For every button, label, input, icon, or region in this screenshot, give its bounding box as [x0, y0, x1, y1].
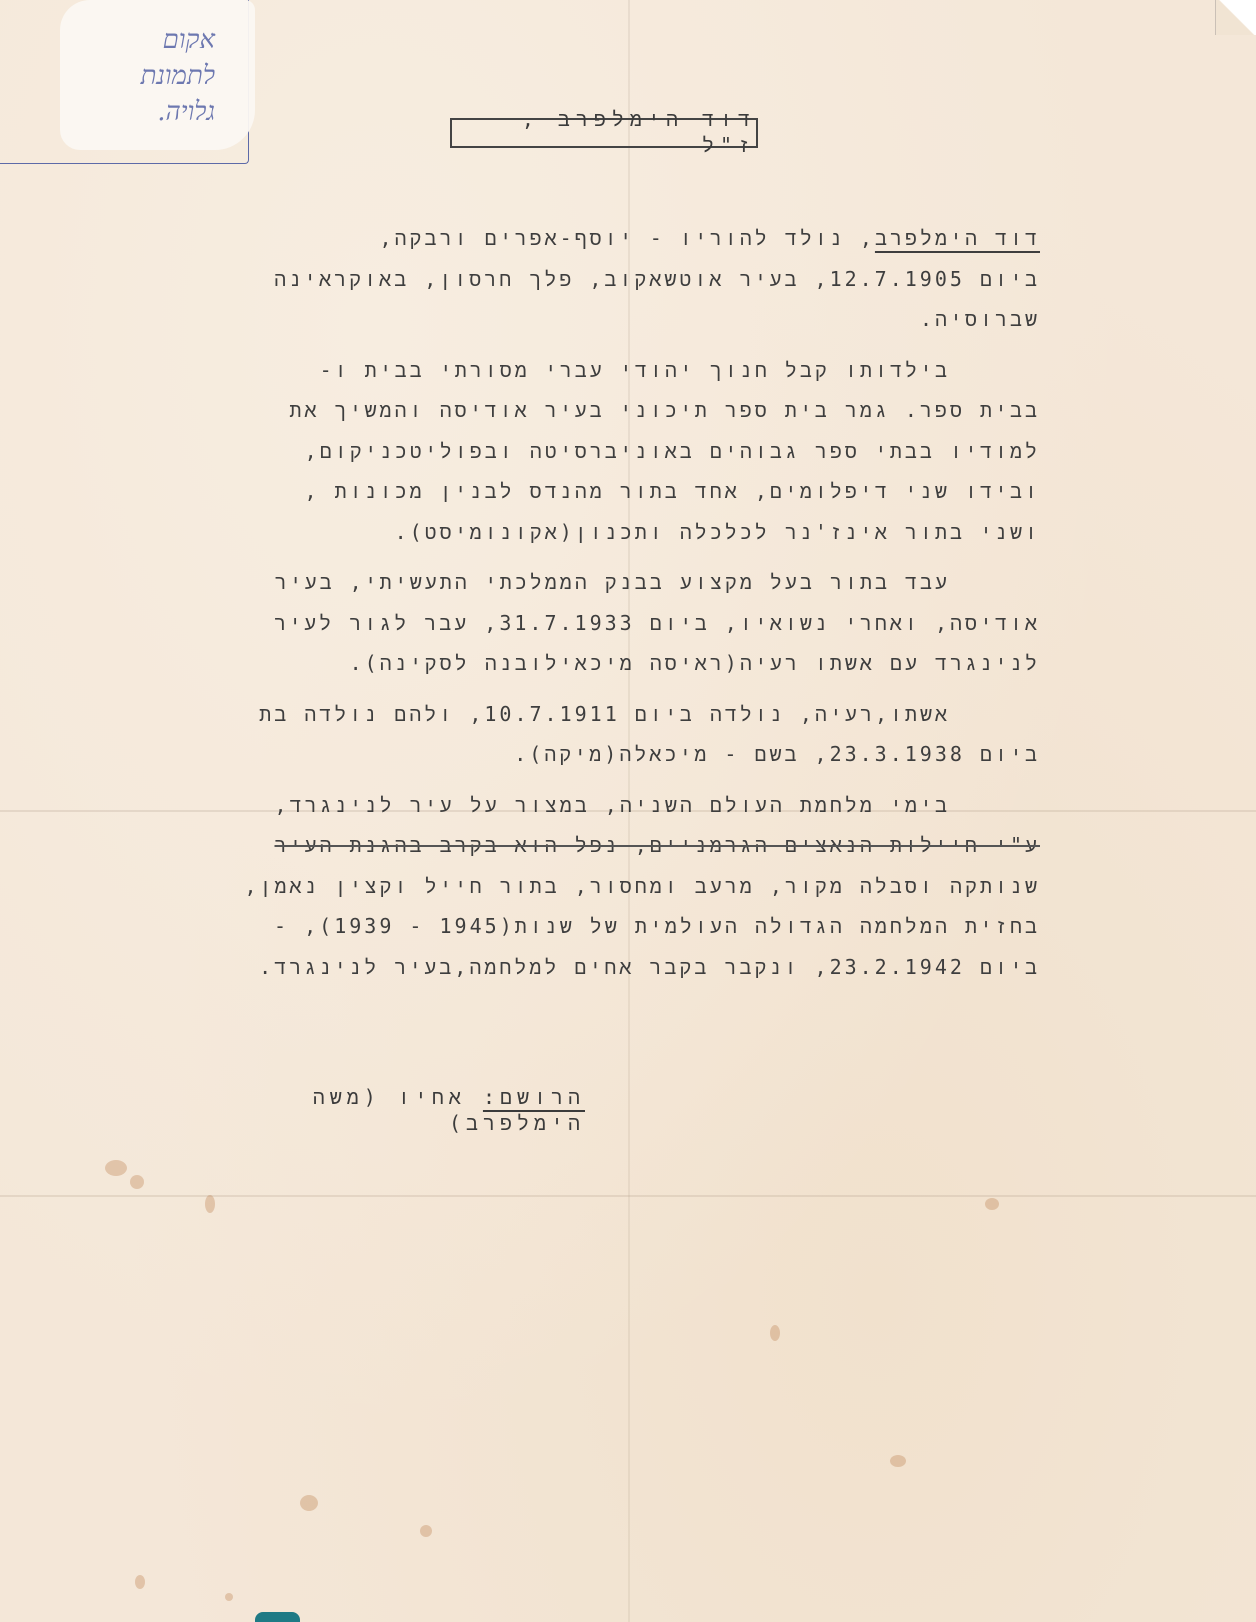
text-line: עבד בתור בעל מקצוע בבנק הממלכתי התעשיתי,…	[240, 562, 1040, 603]
line-text: בחזית המלחמה הגדולה העולמית של שנות(1945…	[274, 914, 1040, 938]
note-line: לתמונת	[85, 58, 215, 94]
signature-label: הרושם:	[483, 1085, 585, 1109]
stain	[205, 1195, 215, 1213]
line-text: למודיו בבתי ספר גבוהים באוניברסיטה ובפול…	[305, 439, 1040, 463]
text-line: שברוסיה.	[240, 299, 1040, 340]
text-line: בבית ספר. גמר בית ספר תיכוני בעיר אודיסה…	[240, 390, 1040, 431]
stain	[420, 1525, 432, 1537]
note-line: אקום	[85, 22, 215, 58]
line-text: בימי מלחמת העולם השניה, במצור על עיר לני…	[275, 793, 950, 817]
line-text: שנותקה וסבלה מקור, מרעב ומחסור, בתור חיי…	[244, 874, 1040, 898]
handwritten-note: אקום לתמונת גלויה.	[85, 22, 215, 130]
line-text: שברוסיה.	[920, 307, 1040, 331]
text-line: שנותקה וסבלה מקור, מרעב ומחסור, בתור חיי…	[240, 866, 1040, 907]
text-line: בילדותו קבל חנוך יהודי עברי מסורתי בבית …	[240, 350, 1040, 391]
line-text: , נולד להוריו - יוסף-אפרים ורבקה,	[380, 226, 875, 250]
line-text: ע"י חיילות הנאצים הגרמניים, נפל הוא בקרב…	[275, 833, 1041, 857]
line-text: ושני בתור אינז'נר לכלכלה ותכנון(אקונומיס…	[395, 520, 1040, 544]
text-line: בחזית המלחמה הגדולה העולמית של שנות(1945…	[240, 906, 1040, 947]
paragraph: דוד הימלפרב, נולד להוריו - יוסף-אפרים ור…	[240, 218, 1040, 340]
paragraph: בימי מלחמת העולם השניה, במצור על עיר לני…	[240, 785, 1040, 988]
line-text: בבית ספר. גמר בית ספר תיכוני בעיר אודיסה…	[290, 398, 1041, 422]
note-line: גלויה.	[85, 94, 215, 130]
line-text: אודיסה, ואחרי נשואיו, ביום 31.7.1933, עב…	[274, 611, 1040, 635]
title-text: דוד הימלפרב , ז"ל	[452, 107, 756, 159]
paragraph: בילדותו קבל חנוך יהודי עברי מסורתי בבית …	[240, 350, 1040, 553]
text-line: ביום 23.2.1942, ונקבר בקבר אחים למלחמה,ב…	[240, 947, 1040, 988]
text-line: בימי מלחמת העולם השניה, במצור על עיר לני…	[240, 785, 1040, 826]
line-text: ובידו שני דיפלומים, אחד בתור מהנדס לבנין…	[305, 479, 1041, 503]
stain	[135, 1575, 145, 1589]
line-text: ביום 23.2.1942, ונקבר בקבר אחים למלחמה,ב…	[259, 955, 1040, 979]
folded-corner	[1215, 0, 1256, 35]
document-title: דוד הימלפרב , ז"ל	[450, 118, 758, 148]
line-text: בילדותו קבל חנוך יהודי עברי מסורתי בבית …	[320, 358, 950, 382]
subject-name: דוד הימלפרב	[875, 226, 1040, 250]
stain	[300, 1495, 318, 1511]
line-text: עבד בתור בעל מקצוע בבנק הממלכתי התעשיתי,…	[275, 570, 950, 594]
stain	[130, 1175, 144, 1189]
text-line: אשתו,רעיה, נולדה ביום 10.7.1911, ולהם נו…	[240, 694, 1040, 735]
text-line: למודיו בבתי ספר גבוהים באוניברסיטה ובפול…	[240, 431, 1040, 472]
line-text: ביום 12.7.1905, בעיר אוטשאקוב, פלך חרסון…	[274, 267, 1040, 291]
line-text: אשתו,רעיה, נולדה ביום 10.7.1911, ולהם נו…	[259, 702, 950, 726]
text-line: דוד הימלפרב, נולד להוריו - יוסף-אפרים ור…	[240, 218, 1040, 259]
ink-mark	[255, 1612, 300, 1622]
stain	[225, 1593, 233, 1601]
document-body: דוד הימלפרב, נולד להוריו - יוסף-אפרים ור…	[240, 218, 1040, 997]
stain	[890, 1455, 906, 1467]
signature-line: הרושם: אחיו (משה הימלפרב)	[200, 1085, 585, 1137]
line-text: לנינגרד עם אשתו רעיה(ראיסה מיכאילובנה לס…	[350, 651, 1040, 675]
text-line: ביום 23.3.1938, בשם - מיכאלה(מיקה).	[240, 734, 1040, 775]
paragraph: עבד בתור בעל מקצוע בבנק הממלכתי התעשיתי,…	[240, 562, 1040, 684]
paragraph: אשתו,רעיה, נולדה ביום 10.7.1911, ולהם נו…	[240, 694, 1040, 775]
text-line: לנינגרד עם אשתו רעיה(ראיסה מיכאילובנה לס…	[240, 643, 1040, 684]
line-text: ביום 23.3.1938, בשם - מיכאלה(מיקה).	[514, 742, 1040, 766]
stain	[770, 1325, 780, 1341]
stain	[985, 1198, 999, 1210]
text-line: ע"י חיילות הנאצים הגרמניים, נפל הוא בקרב…	[240, 825, 1040, 866]
text-line: ובידו שני דיפלומים, אחד בתור מהנדס לבנין…	[240, 471, 1040, 512]
text-line: אודיסה, ואחרי נשואיו, ביום 31.7.1933, עב…	[240, 603, 1040, 644]
stain	[105, 1160, 127, 1176]
text-line: ביום 12.7.1905, בעיר אוטשאקוב, פלך חרסון…	[240, 259, 1040, 300]
text-line: ושני בתור אינז'נר לכלכלה ותכנון(אקונומיס…	[240, 512, 1040, 553]
